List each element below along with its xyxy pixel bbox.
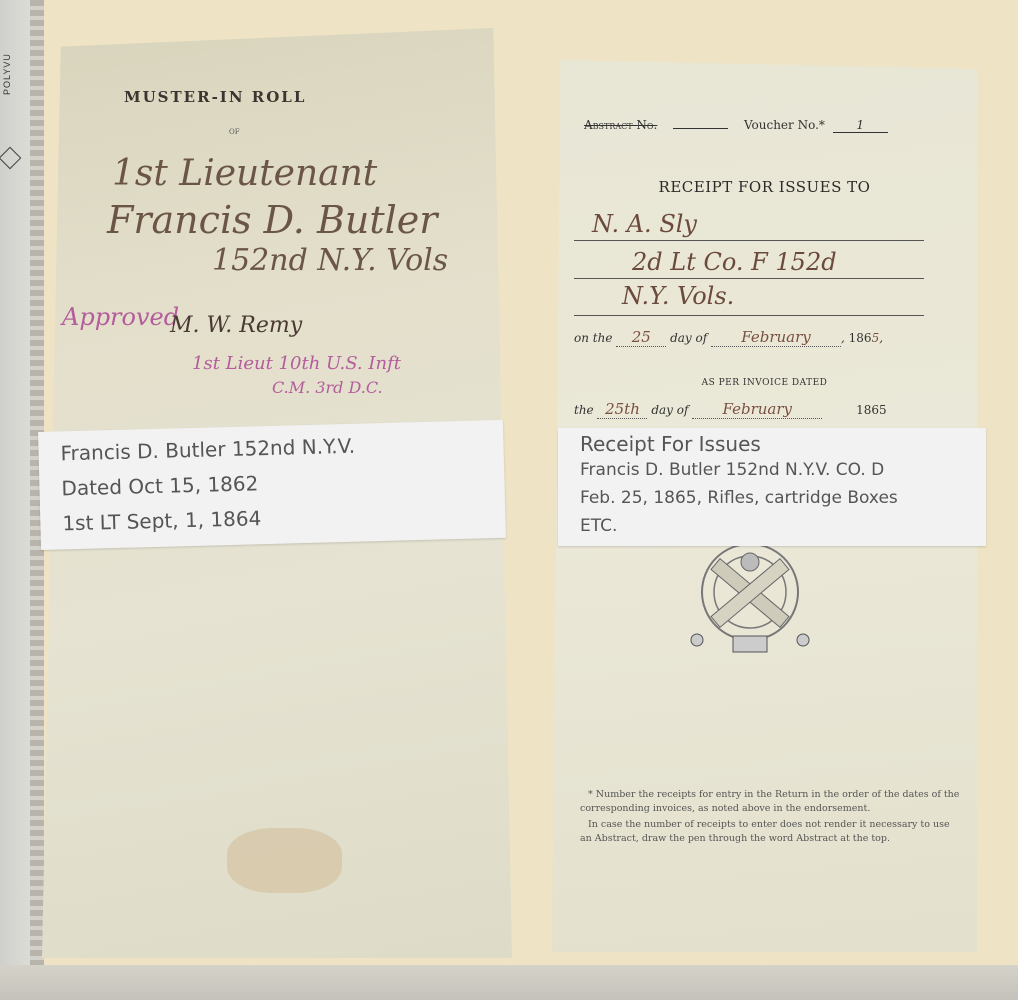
sleeve-brand-text: POLYVU <box>2 53 12 95</box>
invoice-day: 25th <box>597 400 647 419</box>
handwritten-regiment: 152nd N.Y. Vols <box>212 243 448 278</box>
issue-month: February <box>711 328 841 347</box>
label-line: Dated Oct 15, 1862 <box>61 471 258 500</box>
year-prefix: 186 <box>849 331 872 345</box>
on-the-label: on the <box>574 331 612 345</box>
handwritten-rank: 1st Lieutenant <box>112 153 377 194</box>
document-title: MUSTER-IN ROLL <box>124 88 306 106</box>
footnote-paragraph: * Number the receipts for entry in the R… <box>580 788 960 816</box>
rule-line <box>574 315 924 316</box>
footnote-paragraph: In case the number of receipts to enter … <box>580 818 960 846</box>
sleeve-bottom-edge <box>0 965 1018 1000</box>
voucher-label: Voucher No.* <box>744 118 825 132</box>
approved-text: Approved <box>62 303 179 331</box>
rule-line <box>574 240 924 241</box>
label-line: Francis D. Butler 152nd N.Y.V. <box>60 434 355 466</box>
label-line: Receipt For Issues <box>580 432 761 456</box>
abstract-label: Abstract No. <box>584 118 657 132</box>
left-note-label: Francis D. Butler 152nd N.Y.V. Dated Oct… <box>38 420 506 550</box>
right-note-label: Receipt For Issues Francis D. Butler 152… <box>558 428 986 546</box>
ordnance-seal-icon <box>685 540 815 660</box>
recipient-name: N. A. Sly <box>592 210 697 238</box>
voucher-header: Abstract No. Voucher No.* 1 <box>584 118 888 133</box>
label-line: ETC. <box>580 516 617 536</box>
approval-title-line-2: C.M. 3rd D.C. <box>272 378 383 397</box>
rule-line <box>574 278 924 279</box>
approval-title-line-1: 1st Lieut 10th U.S. Inft <box>192 353 401 374</box>
invoice-heading: AS PER INVOICE DATED <box>552 378 977 388</box>
water-stain <box>227 828 342 893</box>
issue-date-row: on the 25 day of February, 1865, <box>574 328 883 347</box>
recipient-unit: N.Y. Vols. <box>622 282 734 310</box>
invoice-month: February <box>692 400 822 419</box>
footnote: * Number the receipts for entry in the R… <box>580 788 960 848</box>
handwritten-name: Francis D. Butler <box>107 198 437 242</box>
the-label: the <box>574 403 594 417</box>
label-line: 1st LT Sept, 1, 1864 <box>62 506 261 535</box>
invoice-date-row: the 25th day of February 1865 <box>574 400 887 419</box>
of-label: OF <box>229 128 240 136</box>
year-suffix: 5 <box>872 331 880 345</box>
approval-signature: M. W. Remy <box>170 313 302 338</box>
invoice-year: 1865 <box>856 403 887 417</box>
label-line: Feb. 25, 1865, Rifles, cartridge Boxes <box>580 488 898 508</box>
label-line: Francis D. Butler 152nd N.Y.V. CO. D <box>580 460 884 480</box>
voucher-number: 1 <box>833 118 888 133</box>
day-of-label: day of <box>670 331 707 345</box>
recipient-rank-company: 2d Lt Co. F 152d <box>632 248 837 276</box>
receipt-title: RECEIPT FOR ISSUES TO <box>552 178 977 196</box>
issue-day: 25 <box>616 328 666 347</box>
abstract-number-line <box>673 128 728 129</box>
day-of-label: day of <box>651 403 688 417</box>
